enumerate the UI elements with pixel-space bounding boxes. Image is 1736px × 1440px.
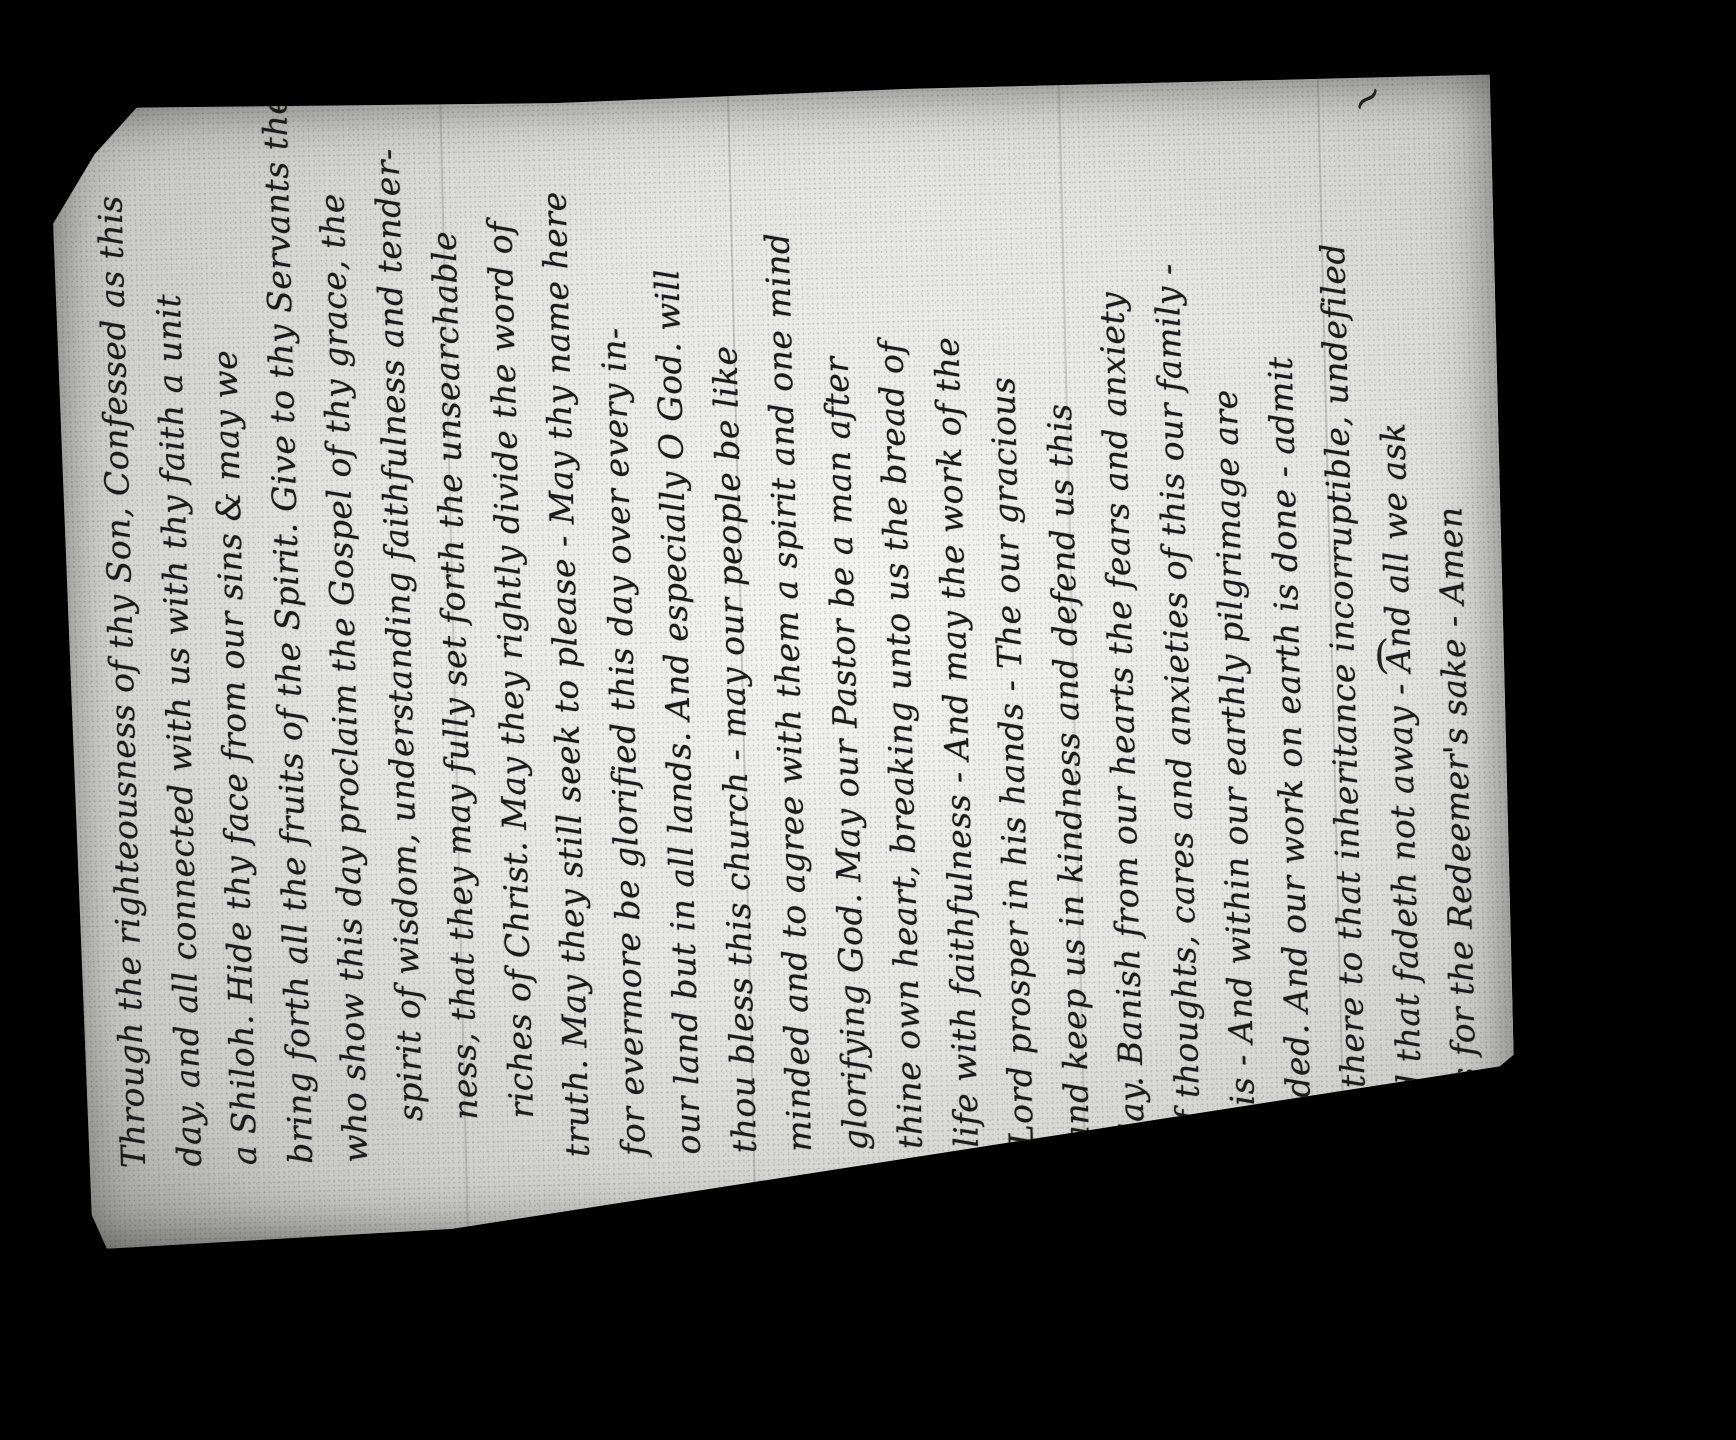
handwritten-text-block: Through the righteousness of thy Son, Co… [61,95,1507,1229]
manuscript-page: Through the righteousness of thy Son, Co… [50,75,1517,1250]
margin-paren-mark: ( [1373,632,1390,678]
